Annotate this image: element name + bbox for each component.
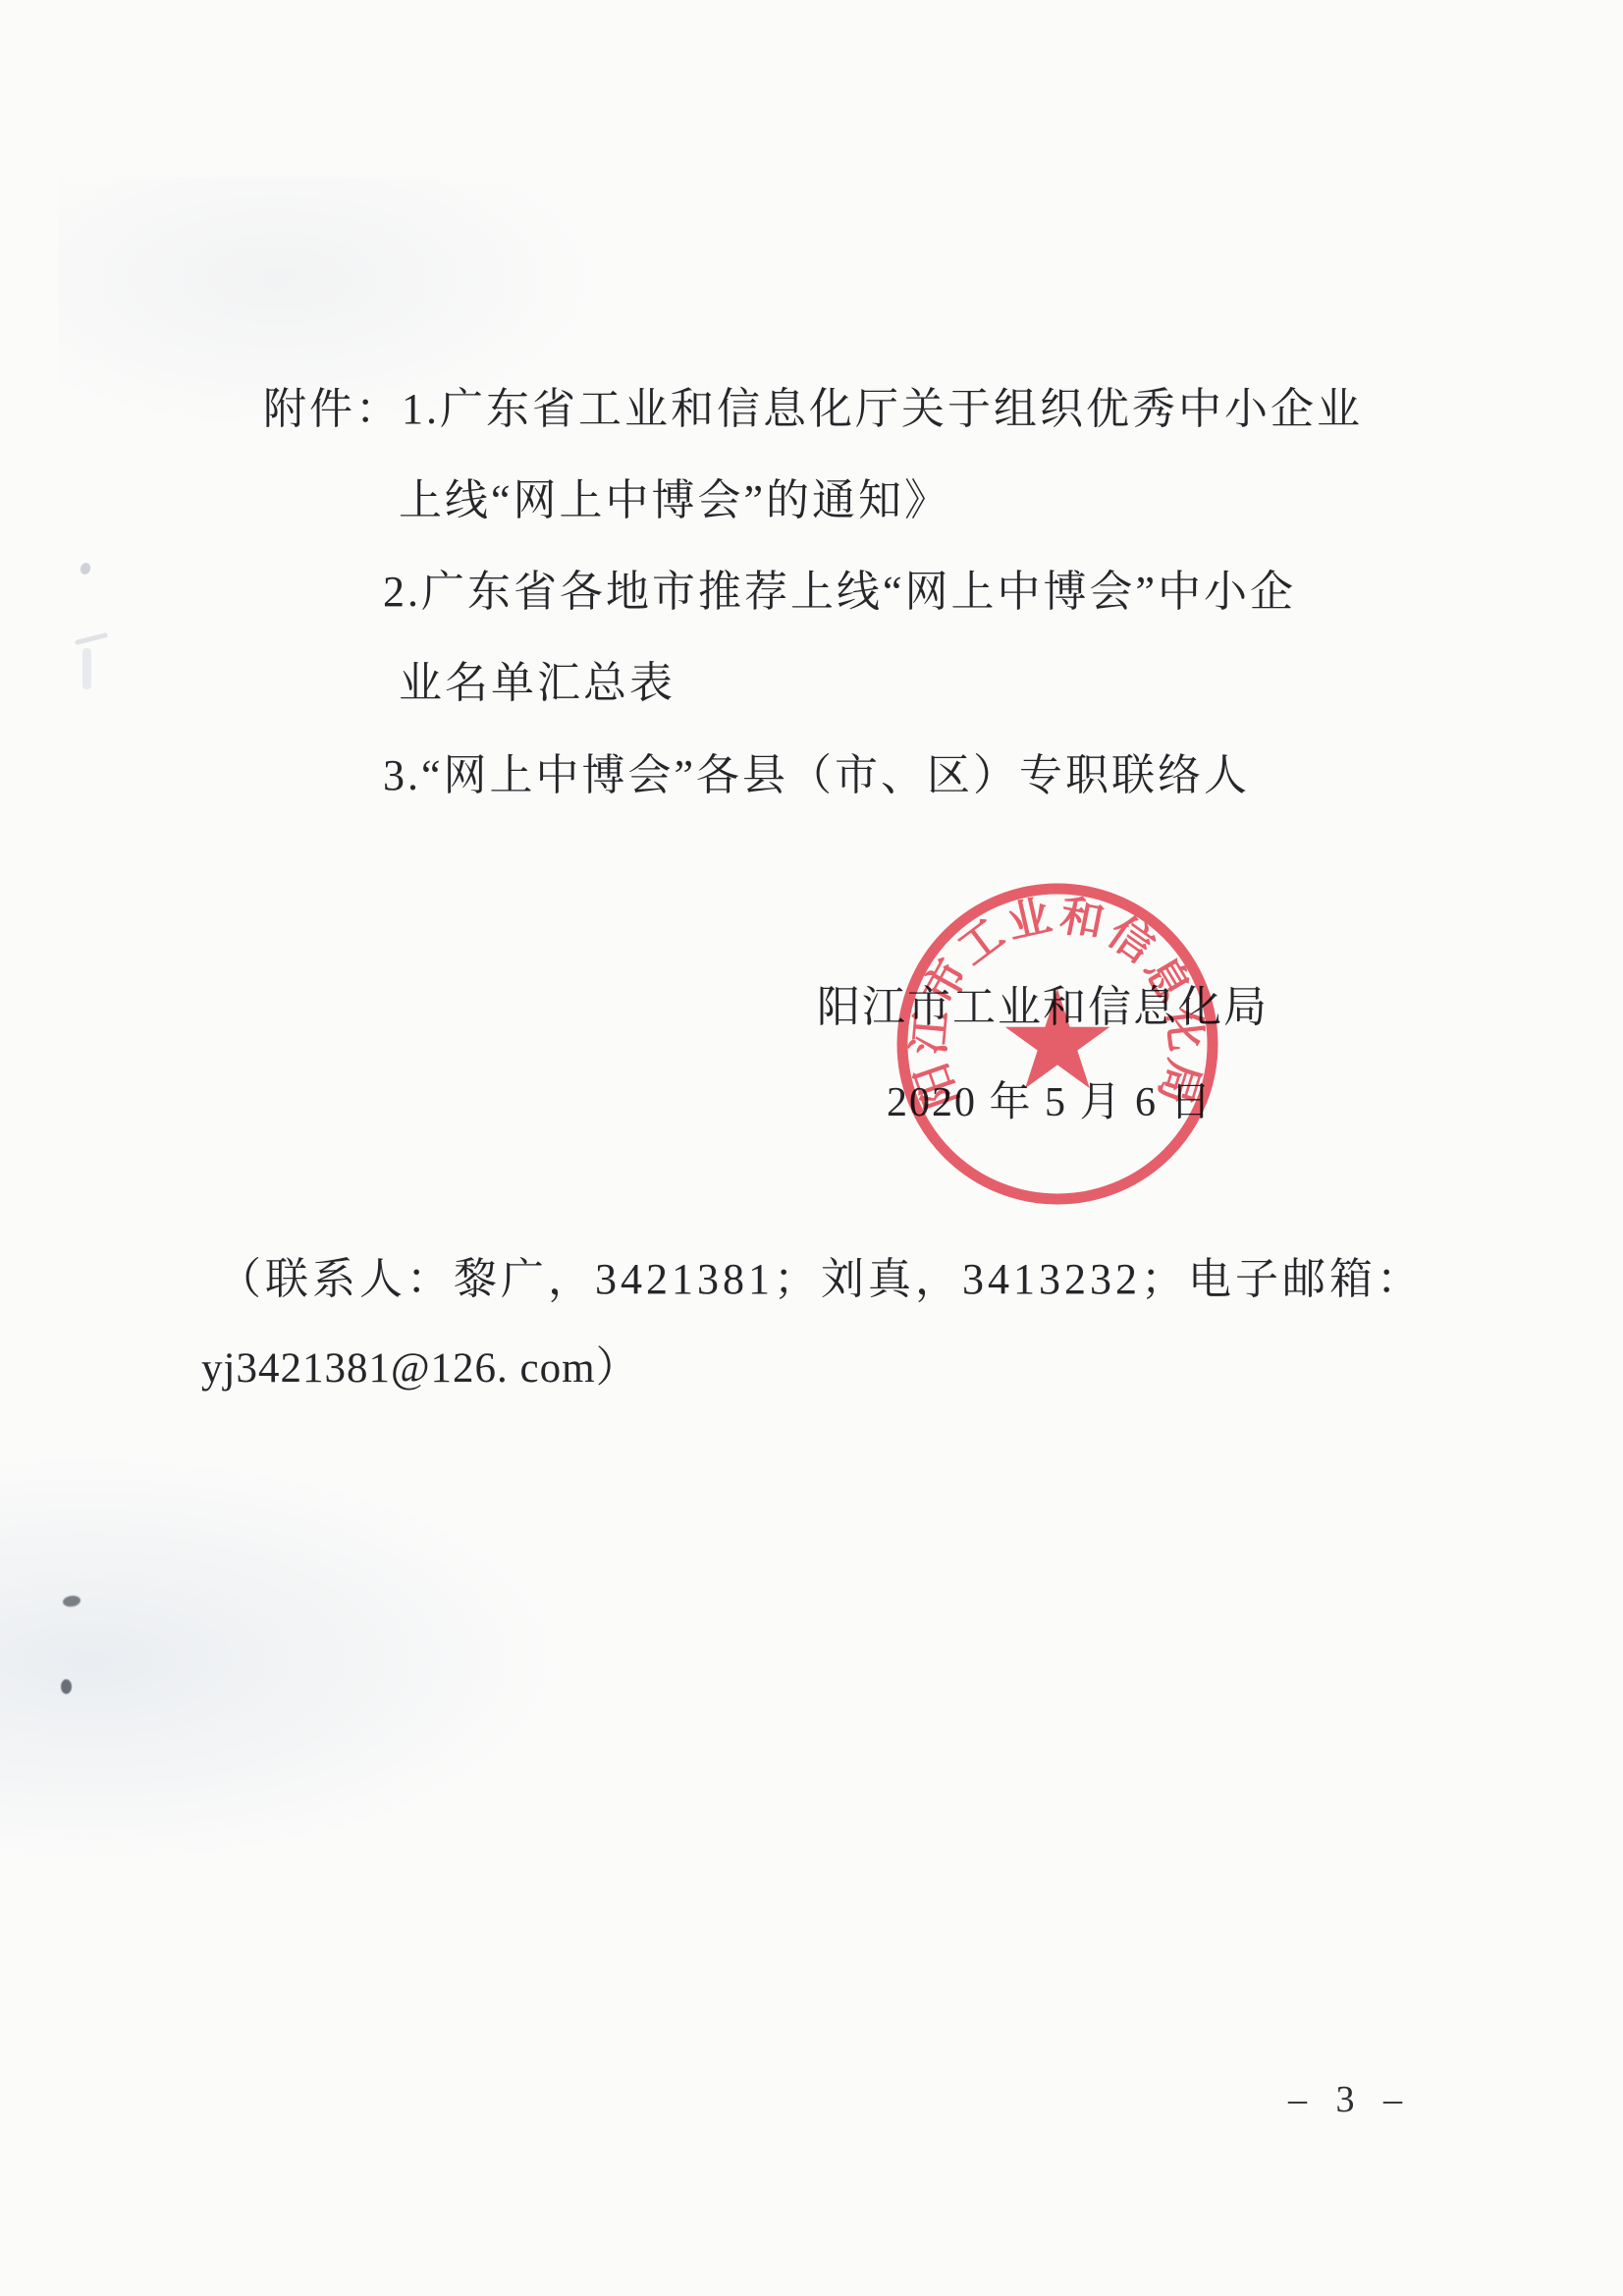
signature-date: 2020 年 5 月 6 日 [887, 1080, 1214, 1125]
attachment-list-line-5: 3.“网上中博会”各县（市、区）专职联络人 [383, 752, 1250, 799]
signature-agency-name: 阳江市工业和信息化局 [817, 984, 1269, 1031]
official-seal-stamp: 阳江市工业和信息化局 [891, 877, 1224, 1211]
contact-email-line: yj3421381@126. com） [201, 1345, 639, 1392]
attachment-list-line-3: 2.广东省各地市推荐上线“网上中博会”中小企 [383, 569, 1296, 616]
scan-smudge [79, 562, 92, 576]
scan-smudge [61, 1679, 72, 1694]
scan-tint-left [0, 1453, 569, 1866]
attachment-list-line-4: 业名单汇总表 [399, 660, 676, 707]
contact-info-line-1: （联系人：黎广，3421381；刘真，3413232；电子邮箱： [218, 1256, 1424, 1303]
attachment-list-line-2: 上线“网上中博会”的通知》 [399, 477, 950, 524]
seal-ring [902, 889, 1213, 1199]
scan-smudge [82, 648, 91, 689]
scan-smudge [62, 1595, 81, 1608]
page-number: – 3 – [1288, 2080, 1412, 2121]
attachment-list-line-1: 附件：1.广东省工业和信息化厅关于组织优秀中小企业 [263, 386, 1363, 433]
scanned-document-page: 附件：1.广东省工业和信息化厅关于组织优秀中小企业 上线“网上中博会”的通知》 … [0, 0, 1623, 2296]
scan-smudge [75, 632, 108, 645]
